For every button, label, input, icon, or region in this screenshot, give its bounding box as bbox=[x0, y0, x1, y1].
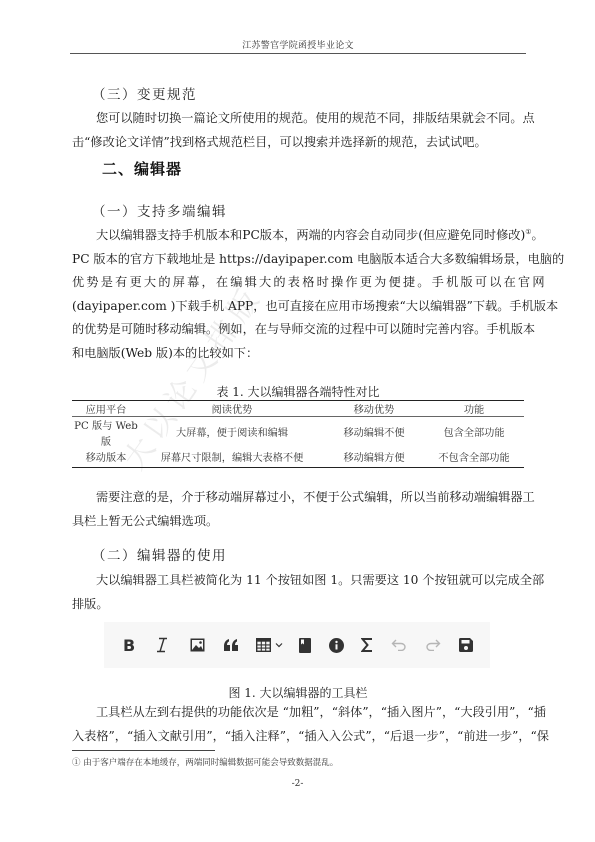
section-heading-multi-device: （一）支持多端编辑 bbox=[92, 200, 227, 220]
text-line: 工具栏从左到右提供的功能依次是 “加粗”，“斜体”，“插入图片”，“大段引用”，… bbox=[72, 701, 524, 725]
table-cell: PC 版与 Web 版 bbox=[72, 417, 140, 451]
table-caption: 表 1. 大以编辑器各端特性对比 bbox=[72, 383, 524, 400]
svg-text:B: B bbox=[123, 637, 135, 653]
table-row: 移动版本 屏幕尺寸限制，编辑大表格不便 移动编辑方便 不包含全部功能 bbox=[72, 450, 524, 468]
table-header-row: 应用平台 阅读优势 移动优势 功能 bbox=[72, 401, 524, 417]
paragraph-multi-device: 大以编辑器支持手机版本和PC版本，两端的内容会自动同步(但应避免同时修改)①。 … bbox=[72, 224, 524, 365]
quote-icon bbox=[224, 639, 239, 651]
italic-button[interactable] bbox=[144, 622, 180, 668]
italic-icon bbox=[155, 637, 169, 653]
table-cell: 屏幕尺寸限制，编辑大表格不便 bbox=[140, 450, 324, 468]
column-header: 移动优势 bbox=[324, 401, 424, 417]
text-line: 排版。 bbox=[72, 593, 524, 617]
table-cell: 包含全部功能 bbox=[424, 417, 524, 451]
table-icon bbox=[256, 638, 271, 652]
footnote: ① 由于客户端存在本地缓存，两端同时编辑数据可能会导致数据混乱。 bbox=[72, 756, 338, 768]
header-rule bbox=[70, 53, 526, 54]
info-icon bbox=[329, 638, 344, 653]
table-row: PC 版与 Web 版 大屏幕，便于阅读和编辑 移动编辑不便 包含全部功能 bbox=[72, 417, 524, 451]
text-line: 具栏上暂无公式编辑选项。 bbox=[72, 510, 524, 534]
column-header: 应用平台 bbox=[72, 401, 140, 417]
insert-reference-button[interactable] bbox=[290, 622, 320, 668]
paragraph-editor-usage: 大以编辑器工具栏被简化为 11 个按钮如图 1。只需要这 10 个按钮就可以完成… bbox=[72, 569, 524, 616]
paragraph-toolbar-functions: 工具栏从左到右提供的功能依次是 “加粗”，“斜体”，“插入图片”，“大段引用”，… bbox=[72, 701, 524, 748]
table-cell: 不包含全部功能 bbox=[424, 450, 524, 468]
text-line: 的优势是可随时移动编辑。例如，在与导师交流的过程中可以随时完善内容。手机版本 bbox=[72, 318, 524, 342]
running-header: 江苏警官学院函授毕业论文 bbox=[70, 38, 526, 51]
save-button[interactable] bbox=[450, 622, 482, 668]
column-header: 功能 bbox=[424, 401, 524, 417]
image-icon bbox=[190, 638, 205, 652]
text-line: 大以编辑器工具栏被简化为 11 个按钮如图 1。只需要这 10 个按钮就可以完成… bbox=[72, 569, 524, 593]
editor-toolbar-figure: B bbox=[104, 622, 490, 668]
undo-button[interactable] bbox=[382, 622, 416, 668]
sigma-icon bbox=[361, 638, 373, 652]
block-quote-button[interactable] bbox=[214, 622, 248, 668]
insert-image-button[interactable] bbox=[180, 622, 214, 668]
column-header: 阅读优势 bbox=[140, 401, 324, 417]
document-page: 江苏警官学院函授毕业论文 （三）变更规范 您可以随时切换一篇论文所使用的规范。使… bbox=[0, 0, 595, 842]
comparison-table: 应用平台 阅读优势 移动优势 功能 PC 版与 Web 版 大屏幕，便于阅读和编… bbox=[72, 400, 524, 468]
text-line: 和电脑版(Web 版)本的比较如下： bbox=[72, 342, 524, 366]
text-line: 优势是有更大的屏幕，在编辑大的表格时操作更为便捷。手机版可以在官网 bbox=[72, 271, 524, 295]
redo-icon bbox=[425, 639, 441, 651]
text-line: 您可以随时切换一篇论文所使用的规范。使用的规范不同，排版结果就会不同。点 bbox=[72, 107, 524, 131]
figure-caption: 图 1. 大以编辑器的工具栏 bbox=[72, 684, 524, 701]
chapter-heading-editor: 二、编辑器 bbox=[102, 158, 182, 179]
paragraph-change-spec: 您可以随时切换一篇论文所使用的规范。使用的规范不同，排版结果就会不同。点 击“修… bbox=[72, 107, 524, 154]
bold-button[interactable]: B bbox=[114, 622, 144, 668]
book-icon bbox=[299, 638, 311, 653]
footnote-separator bbox=[72, 750, 215, 751]
chevron-down-icon[interactable] bbox=[275, 642, 283, 648]
page-number: -2- bbox=[0, 779, 595, 789]
cell-line: 版 bbox=[72, 436, 140, 450]
text-line-content: 大以编辑器支持手机版本和PC版本，两端的内容会自动同步(但应避免同时修改) bbox=[96, 228, 525, 242]
paragraph-mobile-note: 需要注意的是，介于移动端屏幕过小，不便于公式编辑，所以当前移动端编辑器工 具栏上… bbox=[72, 486, 524, 533]
section-heading-editor-usage: （二）编辑器的使用 bbox=[92, 544, 227, 564]
undo-icon bbox=[391, 639, 407, 651]
text-line-tail: 。 bbox=[532, 228, 544, 242]
table-cell: 移动编辑不便 bbox=[324, 417, 424, 451]
section-heading-change-spec: （三）变更规范 bbox=[92, 83, 197, 103]
text-line: 击“修改论文详情”找到格式规范栏目，可以搜索并选择新的规范，去试试吧。 bbox=[72, 131, 524, 155]
table-cell: 移动版本 bbox=[72, 450, 140, 468]
save-icon bbox=[459, 638, 473, 652]
table-cell: 大屏幕，便于阅读和编辑 bbox=[140, 417, 324, 451]
table-cell: 移动编辑方便 bbox=[324, 450, 424, 468]
insert-formula-button[interactable] bbox=[352, 622, 382, 668]
text-line: 需要注意的是，介于移动端屏幕过小，不便于公式编辑，所以当前移动端编辑器工 bbox=[72, 486, 524, 510]
insert-annotation-button[interactable] bbox=[320, 622, 352, 668]
redo-button[interactable] bbox=[416, 622, 450, 668]
text-line: 入表格”，“插入文献引用”，“插入注释”，“插入入公式”，“后退一步”，“前进一… bbox=[72, 725, 524, 749]
bold-icon: B bbox=[122, 637, 136, 653]
text-line: PC 版本的官方下载地址是 https://dayipaper.com 电脑版本… bbox=[72, 248, 524, 272]
text-line: 大以编辑器支持手机版本和PC版本，两端的内容会自动同步(但应避免同时修改)①。 bbox=[72, 224, 524, 248]
text-line: (dayipaper.com )下载手机 APP，也可直接在应用市场搜索“大以编… bbox=[72, 295, 524, 319]
cell-line: PC 版与 Web bbox=[72, 420, 140, 434]
insert-table-button[interactable] bbox=[248, 622, 290, 668]
